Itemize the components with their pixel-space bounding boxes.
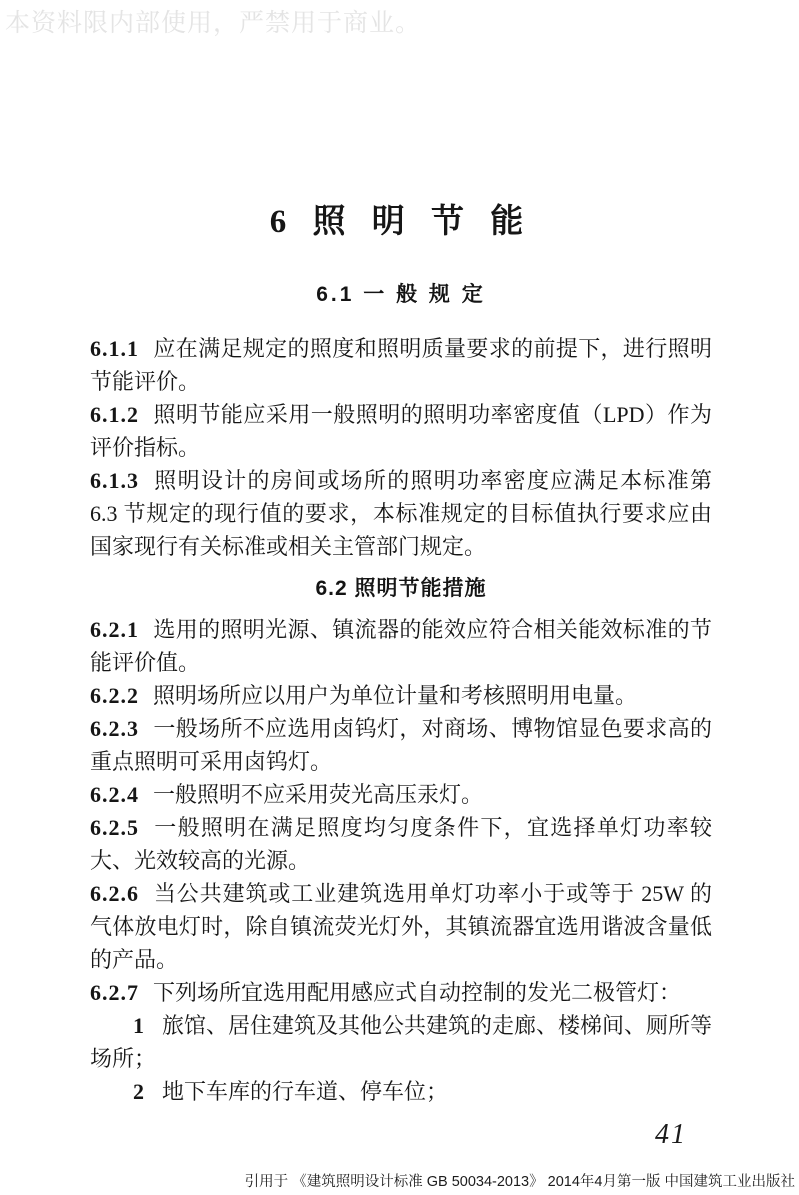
section-heading-6-2: 6.2 照明节能措施 [90,577,712,601]
subitem-number: 1 [133,1013,145,1038]
clause-number: 6.1.3 [90,468,139,493]
clause-text: 照明节能应采用一般照明的照明功率密度值（LPD）作为评价指标。 [90,402,712,460]
subitem-2: 2地下车库的行车道、停车位； [90,1075,712,1108]
clause-number: 6.2.3 [90,716,139,741]
clause-6-2-6: 6.2.6当公共建筑或工业建筑选用单灯功率小于或等于 25W 的气体放电灯时，除… [90,877,712,976]
clause-6-2-2: 6.2.2照明场所应以用户为单位计量和考核照明用电量。 [90,679,712,712]
clause-6-1-2: 6.1.2照明节能应采用一般照明的照明功率密度值（LPD）作为评价指标。 [90,398,712,464]
clause-6-2-5: 6.2.5一般照明在满足照度均匀度条件下，宜选择单灯功率较大、光效较高的光源。 [90,811,712,877]
chapter-title: 6 照 明 节 能 [90,203,712,241]
clause-number: 6.1.2 [90,402,139,427]
clause-text: 下列场所宜选用配用感应式自动控制的发光二极管灯： [153,980,681,1005]
clause-6-2-4: 6.2.4一般照明不应采用荧光高压汞灯。 [90,778,712,811]
clause-text: 选用的照明光源、镇流器的能效应符合相关能效标准的节能评价值。 [90,617,712,675]
clause-text: 照明设计的房间或场所的照明功率密度应满足本标准第 6.3 节规定的现行值的要求，… [90,468,712,559]
clause-number: 6.2.5 [90,815,139,840]
clause-6-2-3: 6.2.3一般场所不应选用卤钨灯，对商场、博物馆显色要求高的重点照明可采用卤钨灯… [90,712,712,778]
clause-6-1-1: 6.1.1应在满足规定的照度和照明质量要求的前提下，进行照明节能评价。 [90,332,712,398]
subitem-text: 旅馆、居住建筑及其他公共建筑的走廊、楼梯间、厕所等场所； [90,1013,712,1071]
clause-text: 一般照明在满足照度均匀度条件下，宜选择单灯功率较大、光效较高的光源。 [90,815,712,873]
clause-6-2-7: 6.2.7下列场所宜选用配用感应式自动控制的发光二极管灯： [90,976,712,1009]
clause-number: 6.2.2 [90,683,139,708]
subitem-1: 1旅馆、居住建筑及其他公共建筑的走廊、楼梯间、厕所等场所； [90,1009,712,1075]
clause-text: 应在满足规定的照度和照明质量要求的前提下，进行照明节能评价。 [90,336,712,394]
page-number: 41 [655,1119,687,1151]
clause-number: 6.1.1 [90,336,139,361]
subitem-text: 地下车库的行车道、停车位； [162,1079,448,1104]
clause-number: 6.2.7 [90,980,139,1005]
clause-number: 6.2.6 [90,881,139,906]
clause-text: 一般场所不应选用卤钨灯，对商场、博物馆显色要求高的重点照明可采用卤钨灯。 [90,716,712,774]
section-heading-6-1: 6.1 一 般 规 定 [90,283,712,307]
clause-text: 当公共建筑或工业建筑选用单灯功率小于或等于 25W 的气体放电灯时，除自镇流荧光… [90,881,712,972]
document-page: 本资料限内部使用，严禁用于商业。 6 照 明 节 能 6.1 一 般 规 定 6… [0,0,799,1195]
clause-6-2-1: 6.2.1选用的照明光源、镇流器的能效应符合相关能效标准的节能评价值。 [90,613,712,679]
clause-text: 一般照明不应采用荧光高压汞灯。 [153,782,483,807]
page-content: 6 照 明 节 能 6.1 一 般 规 定 6.1.1应在满足规定的照度和照明质… [90,0,712,1108]
clause-text: 照明场所应以用户为单位计量和考核照明用电量。 [153,683,637,708]
clause-number: 6.2.1 [90,617,139,642]
subitem-number: 2 [133,1079,145,1104]
clause-number: 6.2.4 [90,782,139,807]
clause-6-1-3: 6.1.3照明设计的房间或场所的照明功率密度应满足本标准第 6.3 节规定的现行… [90,464,712,563]
footer-citation: 引用于 《建筑照明设计标准 GB 50034-2013》 2014年4月第一版 … [245,1170,795,1191]
